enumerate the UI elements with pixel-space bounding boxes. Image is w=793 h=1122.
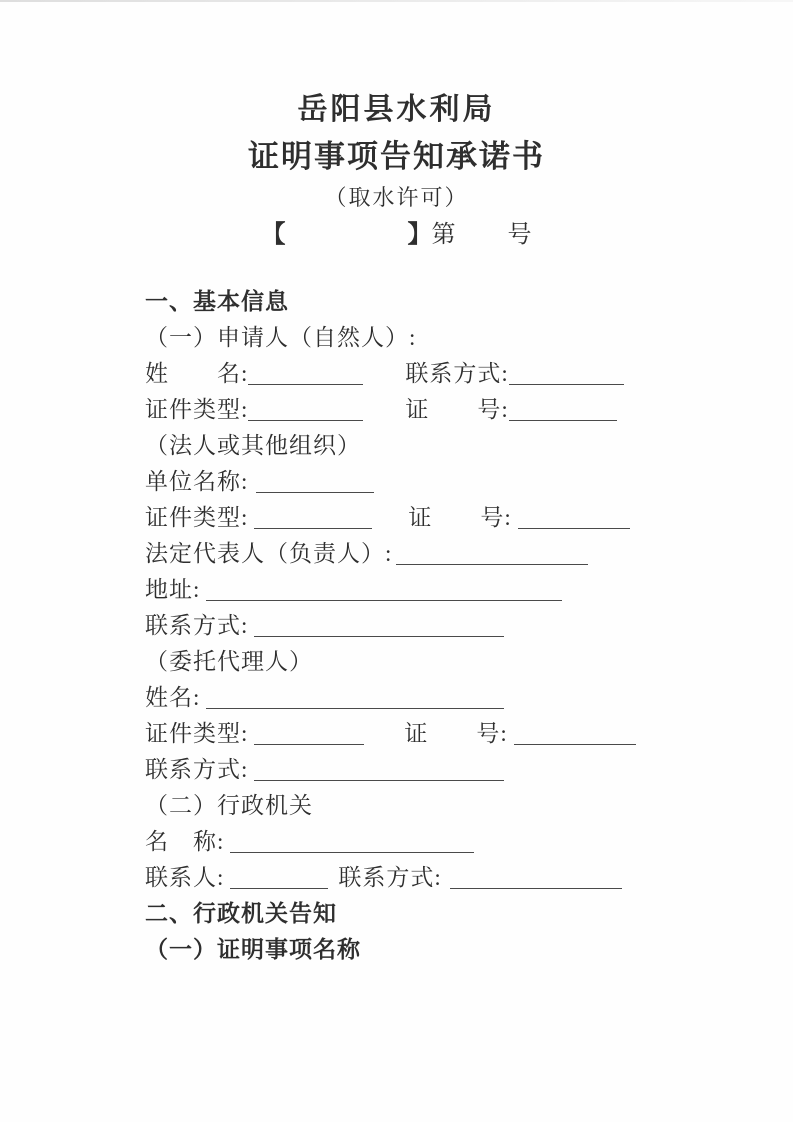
authority-name-blank <box>230 828 474 853</box>
name-blank <box>248 360 363 385</box>
id-type-blank <box>254 720 364 745</box>
id-no-blank <box>514 720 636 745</box>
id-type-label: 证件类型: <box>145 397 248 422</box>
contact-label: 联系方式: <box>405 361 508 386</box>
id-type-label: 证件类型: <box>145 505 248 530</box>
document-title: 证明事项告知承诺书 <box>0 134 793 180</box>
agent-name-blank <box>206 684 504 709</box>
agent-contact-row: 联系方式: <box>145 752 663 788</box>
agent-name-label: 姓名: <box>145 685 200 710</box>
address-label: 地址: <box>145 577 200 602</box>
scanned-document-page: 岳阳县水利局 证明事项告知承诺书 （取水许可） 【】第号 一、基本信息 （一）申… <box>0 0 793 1122</box>
address-row: 地址: <box>145 572 663 608</box>
id-type-blank <box>248 396 363 421</box>
unit-name-label: 单位名称: <box>145 469 248 494</box>
agent-idtype-idno-row: 证件类型:证 号: <box>145 716 663 752</box>
id-no-blank <box>509 396 617 421</box>
legal-entity-label: （法人或其他组织） <box>145 433 361 458</box>
contact-label: 联系方式: <box>145 613 248 638</box>
legal-rep-blank <box>396 540 588 565</box>
document-body: 一、基本信息 （一）申请人（自然人）: 姓 名:联系方式: 证件类型:证 号: … <box>145 284 663 968</box>
applicant-label: （一）申请人（自然人）: <box>145 325 416 350</box>
applicant-name-contact-row: 姓 名:联系方式: <box>145 356 663 392</box>
address-blank <box>206 576 562 601</box>
document-subtitle: （取水许可） <box>0 182 793 214</box>
contact-blank <box>254 612 504 637</box>
authority-label: （二）行政机关 <box>145 793 313 818</box>
agent-label: （委托代理人） <box>145 649 313 674</box>
contact-blank <box>450 864 622 889</box>
agent-name-row: 姓名: <box>145 680 663 716</box>
id-no-label: 证 号: <box>405 397 508 422</box>
authority-contact-row: 联系人:联系方式: <box>145 860 663 896</box>
id-type-label: 证件类型: <box>145 721 248 746</box>
organization-title: 岳阳县水利局 <box>0 86 793 134</box>
name-label: 姓 名: <box>145 361 248 386</box>
contact-person-blank <box>230 864 328 889</box>
id-no-label: 证 号: <box>404 721 507 746</box>
unit-name-row: 单位名称: <box>145 464 663 500</box>
document-header: 岳阳县水利局 证明事项告知承诺书 （取水许可） 【】第号 <box>0 0 793 254</box>
contact-blank <box>254 756 504 781</box>
id-no-label: 证 号: <box>408 505 511 530</box>
authority-label-row: （二）行政机关 <box>145 788 663 824</box>
entity-contact-row: 联系方式: <box>145 608 663 644</box>
entity-idtype-idno-row: 证件类型:证 号: <box>145 500 663 536</box>
applicant-natural-person-label-row: （一）申请人（自然人）: <box>145 320 663 356</box>
contact-blank <box>509 360 624 385</box>
agent-label-row: （委托代理人） <box>145 644 663 680</box>
notification-item1-heading: （一）证明事项名称 <box>145 932 663 968</box>
contact-label: 联系方式: <box>145 757 248 782</box>
id-type-blank <box>254 504 372 529</box>
legal-entity-label-row: （法人或其他组织） <box>145 428 663 464</box>
authority-name-row: 名 称: <box>145 824 663 860</box>
contact-label: 联系方式: <box>338 865 441 890</box>
number-suffix: 号 <box>508 222 532 248</box>
applicant-idtype-idno-row: 证件类型:证 号: <box>145 392 663 428</box>
section-basic-info-heading: 一、基本信息 <box>145 284 663 320</box>
document-number-line: 【】第号 <box>0 216 793 254</box>
id-no-blank <box>518 504 630 529</box>
section-notification-heading: 二、行政机关告知 <box>145 896 663 932</box>
authority-name-label: 名 称: <box>145 829 224 854</box>
unit-name-blank <box>256 468 374 493</box>
number-prefix: 第 <box>432 222 456 248</box>
number-close-bracket: 】 <box>408 222 432 248</box>
number-open-bracket: 【 <box>262 222 286 248</box>
legal-representative-row: 法定代表人（负责人）: <box>145 536 663 572</box>
contact-person-label: 联系人: <box>145 865 224 890</box>
legal-rep-label: 法定代表人（负责人）: <box>145 541 392 566</box>
